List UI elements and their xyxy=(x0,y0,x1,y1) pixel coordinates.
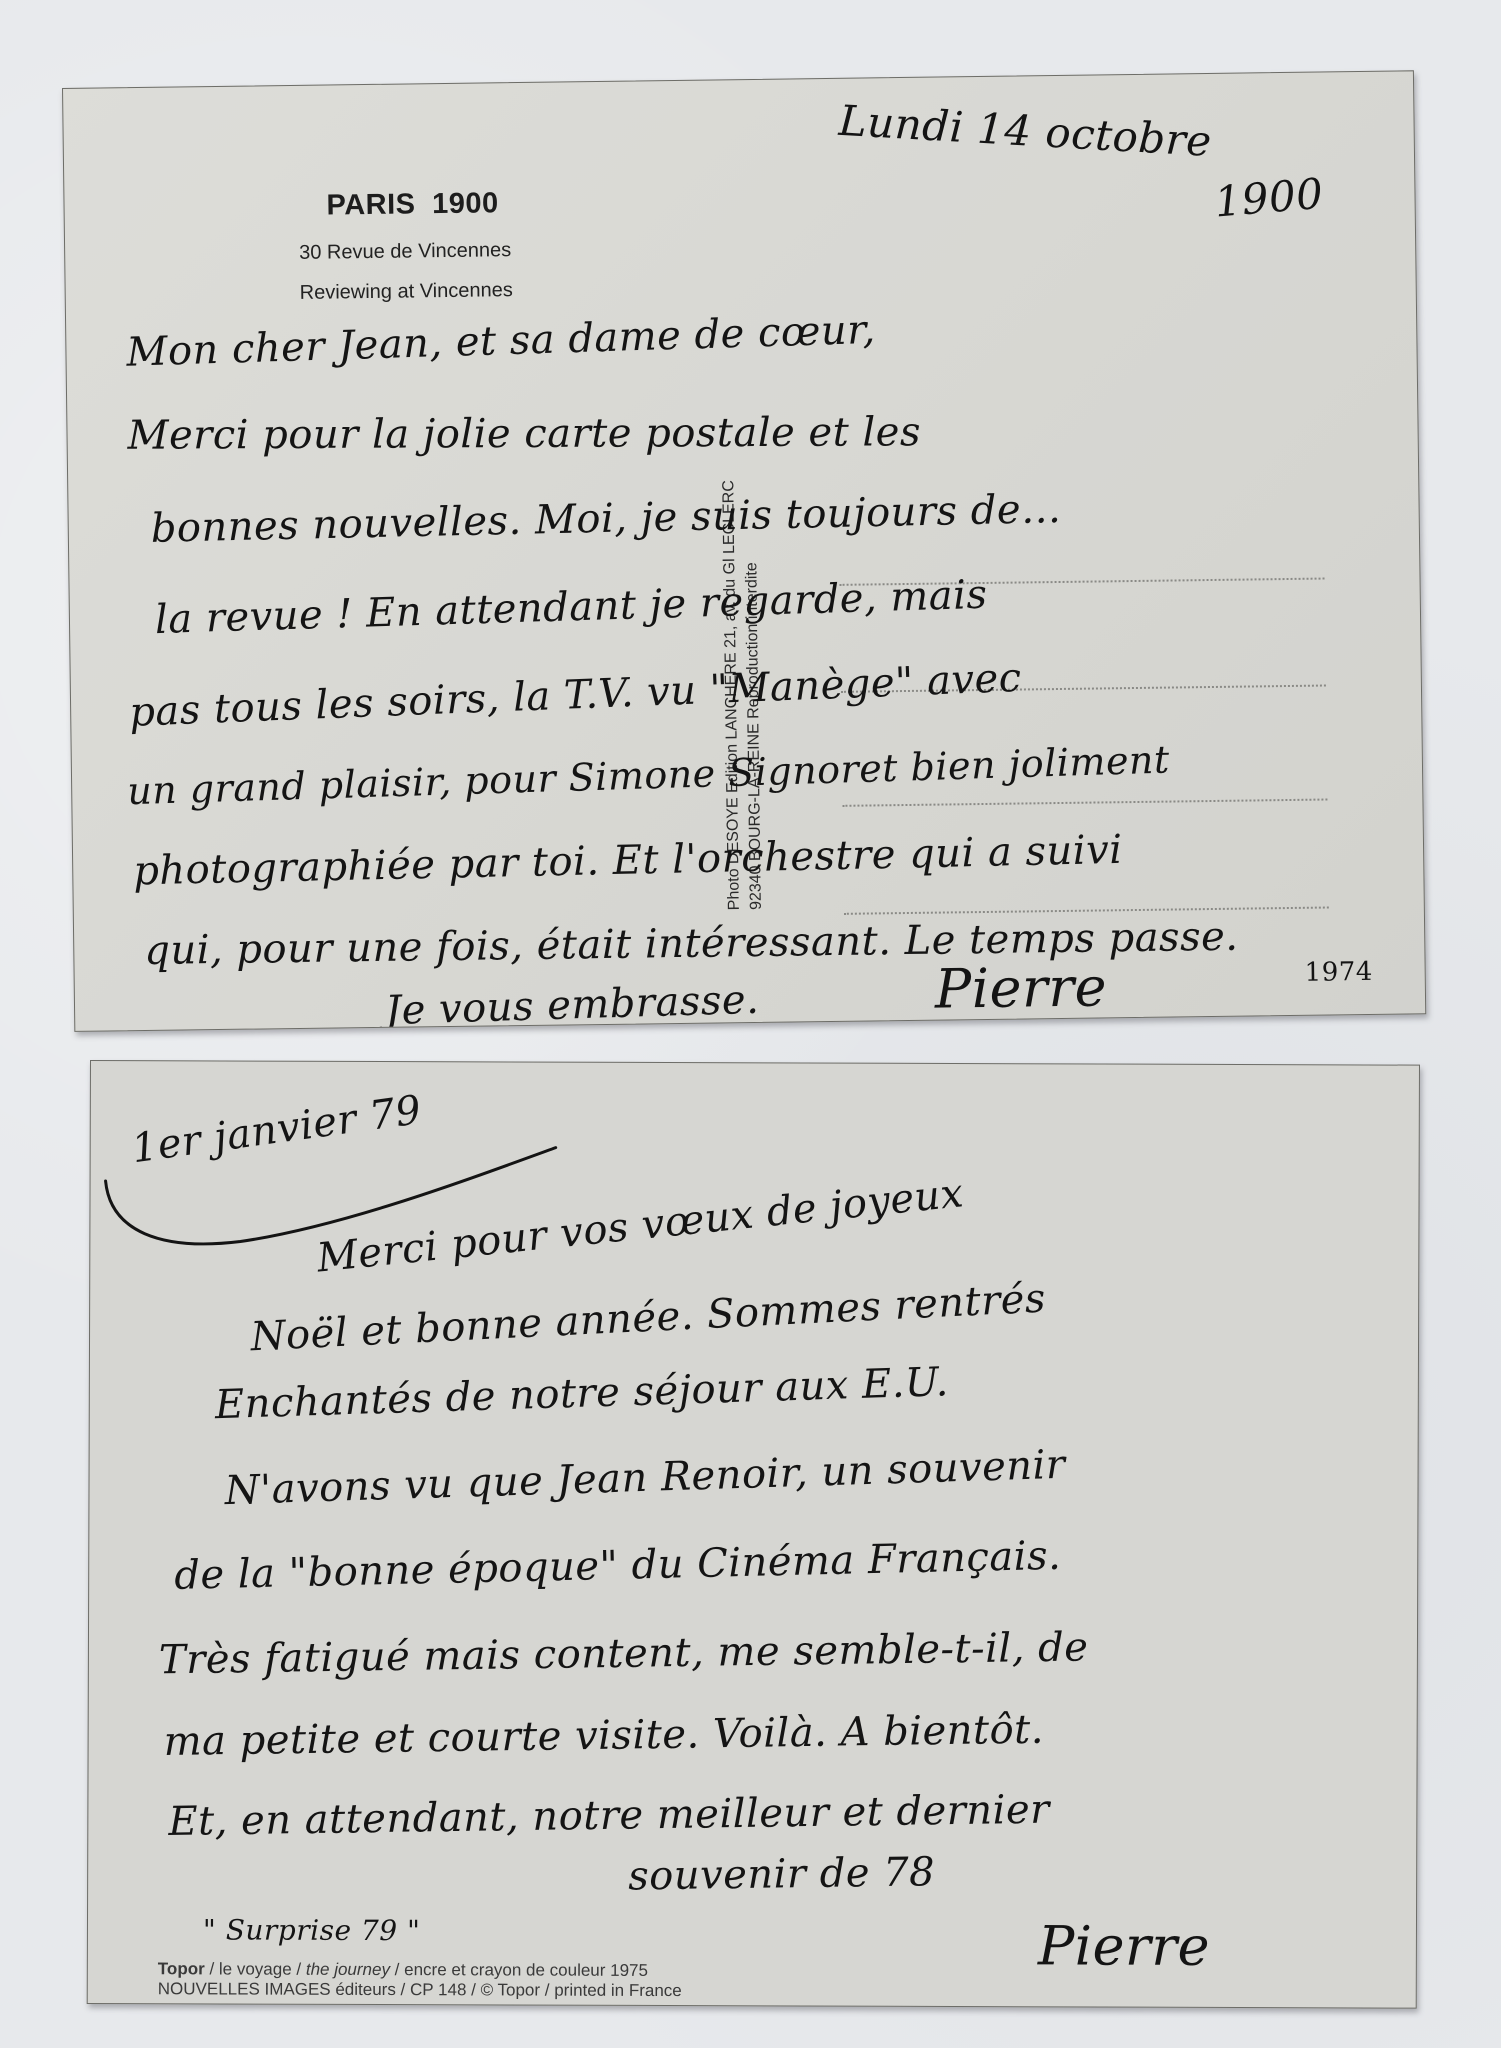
handwritten-date: Lundi 14 octobre xyxy=(838,96,1213,166)
handwritten-line: bonnes nouvelles. Moi, je suis toujours … xyxy=(150,486,1062,552)
signature: Pierre xyxy=(1038,1914,1210,1978)
handwritten-line: Enchantés de notre séjour aux E.U. xyxy=(214,1359,949,1428)
printed-credit-line-2: NOUVELLES IMAGES éditeurs / CP 148 / © T… xyxy=(158,1979,682,2001)
handwritten-line: Merci pour la jolie carte postale et les xyxy=(127,409,921,458)
handwritten-line: Très fatigué mais content, me semble-t-i… xyxy=(159,1624,1089,1683)
address-line xyxy=(844,906,1329,914)
handwritten-line: la revue ! En attendant je regarde, mais xyxy=(154,572,988,643)
handwritten-line: de la "bonne époque" du Cinéma Français. xyxy=(174,1533,1062,1599)
handwritten-line: Noël et bonne année. Sommes rentrés xyxy=(249,1276,1046,1361)
handwritten-line: ma petite et courte visite. Voilà. A bie… xyxy=(163,1707,1044,1765)
credit-medium: / encre et crayon de couleur 1975 xyxy=(390,1960,648,1980)
handwritten-line: N'avons vu que Jean Renoir, un souvenir xyxy=(224,1442,1066,1514)
postcard-paris-1900: PARIS 1900 30 Revue de Vincennes Reviewi… xyxy=(62,70,1426,1032)
year-annotation: 1974 xyxy=(1304,957,1373,988)
printed-title: PARIS 1900 xyxy=(326,187,498,222)
signature: Pierre xyxy=(934,955,1107,1020)
printed-subtitle-french: 30 Revue de Vincennes xyxy=(299,239,511,265)
handwritten-date-year: 1900 xyxy=(1213,169,1326,227)
handwritten-line: pas tous les soirs, la T.V. vu "Manège" … xyxy=(128,655,1022,736)
handwritten-caption: " Surprise 79 " xyxy=(203,1913,421,1947)
handwritten-line: Mon cher Jean, et sa dame de cœur, xyxy=(126,307,876,376)
handwritten-line: souvenir de 78 xyxy=(628,1849,936,1899)
postcard-topor-voyage: 1er janvier 79 Merci pour vos vœux de jo… xyxy=(87,1060,1420,2009)
credit-title: / le voyage / xyxy=(205,1959,306,1978)
printed-subtitle-english: Reviewing at Vincennes xyxy=(300,279,513,305)
credit-artist: Topor xyxy=(158,1959,205,1978)
credit-title-english: the journey xyxy=(306,1960,390,1979)
printed-credit-line-1: Topor / le voyage / the journey / encre … xyxy=(158,1959,648,1981)
handwritten-line: Et, en attendant, notre meilleur et dern… xyxy=(168,1787,1050,1845)
handwritten-closing: Je vous embrasse. xyxy=(384,977,759,1032)
address-line xyxy=(842,798,1327,806)
handwritten-line: photographiée par toi. Et l'orchestre qu… xyxy=(133,827,1123,895)
